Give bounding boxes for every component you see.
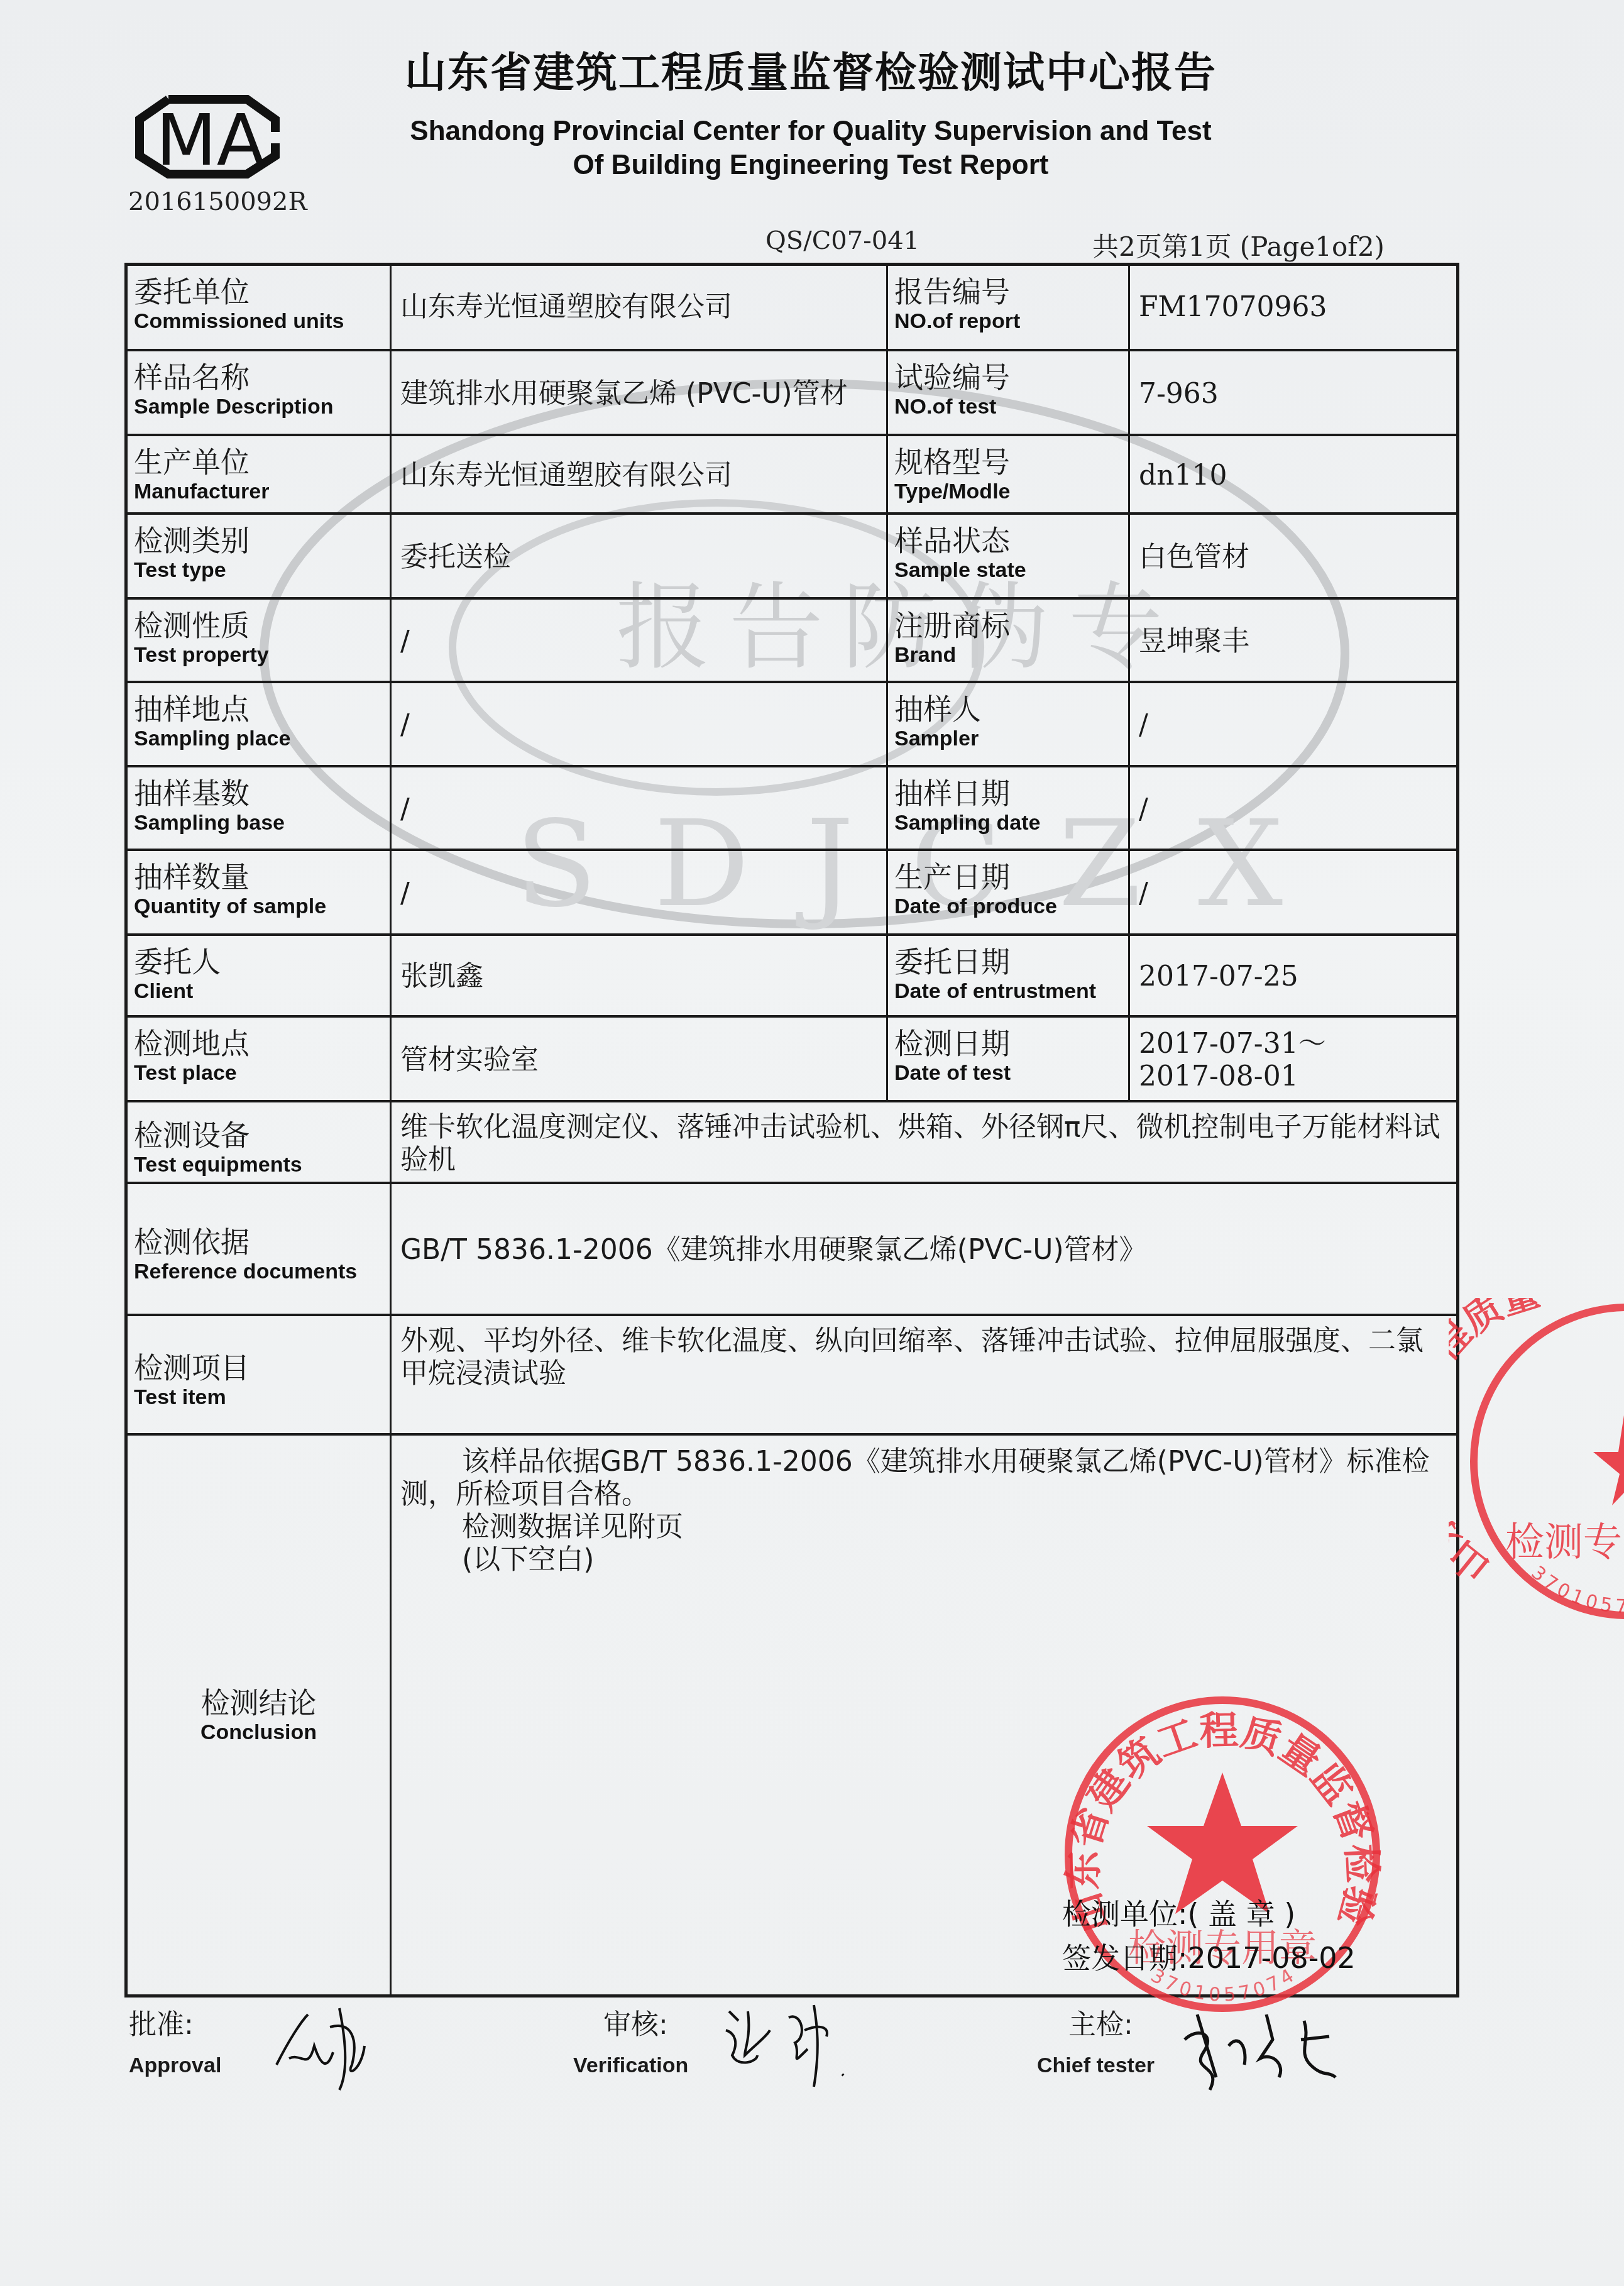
value-text: 2017-07-25 [1130, 960, 1307, 993]
field-label: 生产日期 Date of produce [886, 851, 1128, 936]
label-en: Client [134, 979, 383, 1004]
field-value: 山东寿光恒通塑胶有限公司 [390, 436, 886, 515]
field-value: 建筑排水用硬聚氯乙烯 (PVC-U)管材 [390, 351, 886, 436]
value-text: 外观、平均外径、维卡软化温度、纵向回缩率、落锤冲击试验、拉伸屈服强度、二氯甲烷浸… [392, 1325, 1456, 1390]
label-cn: 检测地点 [134, 1026, 383, 1060]
value-text: / [1130, 877, 1157, 910]
report-title-en: Shandong Provincial Center for Quality S… [352, 114, 1270, 182]
table-row: 抽样数量 Quantity of sample / 生产日期 Date of p… [128, 849, 1456, 936]
conclusion-line: (以下空白) [400, 1544, 1450, 1576]
approval-signature [264, 2002, 377, 2096]
table-row-reference: 检测依据 Reference documents GB/T 5836.1-200… [128, 1182, 1456, 1316]
approval-label-cn: 批准: [129, 2002, 221, 2042]
field-label: 检测性质 Test property [128, 600, 390, 683]
value-text: dn110 [1130, 459, 1236, 492]
approval-field: 批准: Approval [129, 2002, 221, 2078]
cma-code: 2016150092R [128, 187, 307, 216]
title-en-line2: Of Building Engineering Test Report [352, 148, 1270, 182]
field-value: / [1128, 767, 1456, 851]
svg-text:37010570: 37010570 [1449, 1298, 1624, 1618]
label-en: Sample state [894, 558, 1122, 583]
label-en: Date of entrustment [894, 979, 1122, 1004]
label-cn: 抽样基数 [134, 776, 383, 810]
field-value: 管材实验室 [390, 1018, 886, 1102]
document-code: QS/C07-041 [765, 226, 919, 255]
verification-label-cn: 审核: [573, 2002, 688, 2042]
value-text: 建筑排水用硬聚氯乙烯 (PVC-U)管材 [392, 378, 857, 410]
table-row-equipment: 检测设备 Test equipments 维卡软化温度测定仪、落锤冲击试验机、烘… [128, 1100, 1456, 1184]
field-label: 抽样基数 Sampling base [128, 767, 390, 851]
report-table: 委托单位 Commissioned units 山东寿光恒通塑胶有限公司 报告编… [124, 263, 1459, 1998]
label-cn: 生产日期 [894, 860, 1122, 894]
field-label: 生产单位 Manufacturer [128, 436, 390, 515]
approval-label-en: Approval [129, 2053, 221, 2078]
issue-date-label: 签发日期:2017-08-02 [1062, 1936, 1356, 1980]
label-en: Brand [894, 642, 1122, 668]
label-en: NO.of report [894, 309, 1122, 334]
label-cn: 委托单位 [134, 275, 383, 309]
field-label: 检测设备 Test equipments [128, 1102, 390, 1184]
verification-field: 审核: Verification [573, 2002, 688, 2078]
field-value: 2017-07-25 [1128, 936, 1456, 1018]
field-value: 昱坤聚丰 [1128, 600, 1456, 683]
table-row: 委托人 Client 张凯鑫 委托日期 Date of entrustment … [128, 933, 1456, 1018]
value-text: 委托送检 [392, 541, 520, 574]
label-en: Sampler [894, 726, 1122, 751]
label-en: Test place [134, 1060, 383, 1085]
field-value: 维卡软化温度测定仪、落锤冲击试验机、烘箱、外径钢π尺、微机控制电子万能材料试验机 [390, 1102, 1456, 1184]
value-text: / [1130, 793, 1157, 826]
label-en: Type/Modle [894, 479, 1122, 504]
label-cn: 规格型号 [894, 445, 1122, 479]
field-label: 抽样人 Sampler [886, 683, 1128, 767]
label-en: Manufacturer [134, 479, 383, 504]
field-value: / [390, 600, 886, 683]
table-row: 委托单位 Commissioned units 山东寿光恒通塑胶有限公司 报告编… [128, 266, 1456, 349]
svg-text:检测专: 检测专 [1505, 1519, 1622, 1565]
field-label: 抽样数量 Quantity of sample [128, 851, 390, 936]
field-value: 山东寿光恒通塑胶有限公司 [390, 266, 886, 349]
label-cn: 委托人 [134, 945, 383, 979]
value-text: / [392, 793, 419, 826]
label-en: Sample Description [134, 394, 383, 419]
issuing-block: 检测单位:( 盖 章 ) 签发日期:2017-08-02 [1062, 1892, 1356, 1980]
value-text: 山东寿光恒通塑胶有限公司 [392, 291, 741, 324]
field-label: 检测结论 Conclusion [128, 1436, 390, 1994]
label-cn: 生产单位 [134, 445, 383, 479]
field-value: 外观、平均外径、维卡软化温度、纵向回缩率、落锤冲击试验、拉伸屈服强度、二氯甲烷浸… [390, 1316, 1456, 1436]
field-label: 检测项目 Test item [128, 1316, 390, 1436]
value-text: 7-963 [1130, 378, 1227, 410]
field-label: 规格型号 Type/Modle [886, 436, 1128, 515]
value-text: FM17070963 [1130, 291, 1336, 324]
field-value: / [1128, 851, 1456, 936]
label-cn: 抽样人 [894, 692, 1122, 726]
label-cn: 检测性质 [134, 608, 383, 642]
label-cn: 检测依据 [134, 1225, 357, 1259]
edge-seal-icon: 山东省建筑工程质量 检测专 37010570 [1449, 1298, 1624, 1625]
label-en: Test type [134, 558, 383, 583]
chief-tester-signature [1178, 2002, 1373, 2096]
table-row: 抽样基数 Sampling base / 抽样日期 Sampling date … [128, 765, 1456, 851]
verification-signature [720, 1999, 864, 2093]
page-info: 共2页第1页 (Page1of2) [1092, 226, 1385, 264]
table-row: 生产单位 Manufacturer 山东寿光恒通塑胶有限公司 规格型号 Type… [128, 434, 1456, 515]
conclusion-line: 该样品依据GB/T 5836.1-2006《建筑排水用硬聚氯乙烯(PVC-U)管… [400, 1446, 1450, 1511]
label-en: Date of test [894, 1060, 1122, 1085]
report-page: 报告防伪专 SDJCZX 山东省建筑工程质量监督检验测试中心报告 Shandon… [0, 0, 1624, 2286]
label-en: Sampling date [894, 810, 1122, 835]
label-en: Sampling place [134, 726, 383, 751]
value-text: / [392, 709, 419, 742]
value-text: / [392, 877, 419, 910]
chief-tester-field: 主检: Chief tester [1037, 2002, 1155, 2078]
field-value: / [1128, 683, 1456, 767]
label-en: Test item [134, 1385, 250, 1410]
table-row: 检测地点 Test place 管材实验室 检测日期 Date of test … [128, 1015, 1456, 1102]
field-value: FM17070963 [1128, 266, 1456, 349]
conclusion-line: 检测数据详见附页 [400, 1511, 1450, 1544]
field-value: 2017-07-31～ 2017-08-01 [1128, 1018, 1456, 1102]
chief-tester-label-cn: 主检: [1037, 2002, 1155, 2042]
field-value: / [390, 767, 886, 851]
field-label: 委托单位 Commissioned units [128, 266, 390, 349]
chief-tester-label-en: Chief tester [1037, 2053, 1155, 2078]
field-label: 委托日期 Date of entrustment [886, 936, 1128, 1018]
label-cn: 检测日期 [894, 1026, 1122, 1060]
label-cn: 检测项目 [134, 1351, 250, 1385]
value-text: 2017-07-31～ 2017-08-01 [1130, 1028, 1335, 1093]
label-cn: 报告编号 [894, 275, 1122, 309]
field-label: 报告编号 NO.of report [886, 266, 1128, 349]
field-label: 检测依据 Reference documents [128, 1184, 390, 1316]
field-value: / [390, 851, 886, 936]
label-cn: 检测类别 [134, 524, 383, 558]
label-cn: 检测设备 [134, 1118, 302, 1152]
label-en: Commissioned units [134, 309, 383, 334]
field-value: / [390, 683, 886, 767]
label-cn: 抽样地点 [134, 692, 383, 726]
value-text: 白色管材 [1130, 541, 1258, 574]
label-en: Quantity of sample [134, 894, 383, 919]
field-value: 7-963 [1128, 351, 1456, 436]
report-title-cn: 山东省建筑工程质量监督检验测试中心报告 [371, 39, 1251, 99]
value-text: 张凯鑫 [392, 960, 492, 993]
field-value: GB/T 5836.1-2006《建筑排水用硬聚氯乙烯(PVC-U)管材》 [390, 1184, 1456, 1316]
field-label: 检测类别 Test type [128, 515, 390, 600]
svg-text:MA: MA [156, 100, 265, 179]
field-value: 委托送检 [390, 515, 886, 600]
table-row-test-item: 检测项目 Test item 外观、平均外径、维卡软化温度、纵向回缩率、落锤冲击… [128, 1314, 1456, 1436]
value-text: 昱坤聚丰 [1130, 625, 1258, 658]
field-label: 样品名称 Sample Description [128, 351, 390, 436]
table-row: 检测性质 Test property / 注册商标 Brand 昱坤聚丰 [128, 597, 1456, 683]
label-cn: 注册商标 [894, 608, 1122, 642]
label-cn: 抽样日期 [894, 776, 1122, 810]
field-label: 试验编号 NO.of test [886, 351, 1128, 436]
label-en: Test equipments [134, 1152, 302, 1177]
cma-logo-icon: MA [131, 94, 285, 179]
label-en: Reference documents [134, 1259, 357, 1284]
label-cn: 试验编号 [894, 360, 1122, 394]
label-cn: 样品名称 [134, 360, 383, 394]
label-cn: 委托日期 [894, 945, 1122, 979]
field-label: 注册商标 Brand [886, 600, 1128, 683]
label-en: NO.of test [894, 394, 1122, 419]
table-row: 样品名称 Sample Description 建筑排水用硬聚氯乙烯 (PVC-… [128, 349, 1456, 436]
field-label: 抽样日期 Sampling date [886, 767, 1128, 851]
label-en: Date of produce [894, 894, 1122, 919]
label-cn: 检测结论 [200, 1686, 317, 1720]
field-label: 抽样地点 Sampling place [128, 683, 390, 767]
label-en: Test property [134, 642, 383, 668]
field-label: 检测日期 Date of test [886, 1018, 1128, 1102]
value-text: / [1130, 709, 1157, 742]
label-cn: 抽样数量 [134, 860, 383, 894]
label-en: Sampling base [134, 810, 383, 835]
label-en: Conclusion [200, 1720, 317, 1745]
value-text: 管材实验室 [392, 1044, 547, 1077]
svg-text:山东省建筑工程质量: 山东省建筑工程质量 [1449, 1298, 1545, 1590]
label-cn: 样品状态 [894, 524, 1122, 558]
title-en-line1: Shandong Provincial Center for Quality S… [352, 114, 1270, 148]
field-value: dn110 [1128, 436, 1456, 515]
field-value: 张凯鑫 [390, 936, 886, 1018]
value-text: 维卡软化温度测定仪、落锤冲击试验机、烘箱、外径钢π尺、微机控制电子万能材料试验机 [392, 1111, 1456, 1177]
field-label: 委托人 Client [128, 936, 390, 1018]
value-text: / [392, 625, 419, 658]
table-row: 检测类别 Test type 委托送检 样品状态 Sample state 白色… [128, 512, 1456, 600]
field-value: 白色管材 [1128, 515, 1456, 600]
value-text: 山东寿光恒通塑胶有限公司 [392, 459, 741, 492]
field-label: 样品状态 Sample state [886, 515, 1128, 600]
verification-label-en: Verification [573, 2053, 688, 2078]
table-row: 抽样地点 Sampling place / 抽样人 Sampler / [128, 681, 1456, 767]
issuing-unit-label: 检测单位:( 盖 章 ) [1062, 1892, 1356, 1936]
field-label: 检测地点 Test place [128, 1018, 390, 1102]
value-text: GB/T 5836.1-2006《建筑排水用硬聚氯乙烯(PVC-U)管材》 [392, 1234, 1156, 1267]
